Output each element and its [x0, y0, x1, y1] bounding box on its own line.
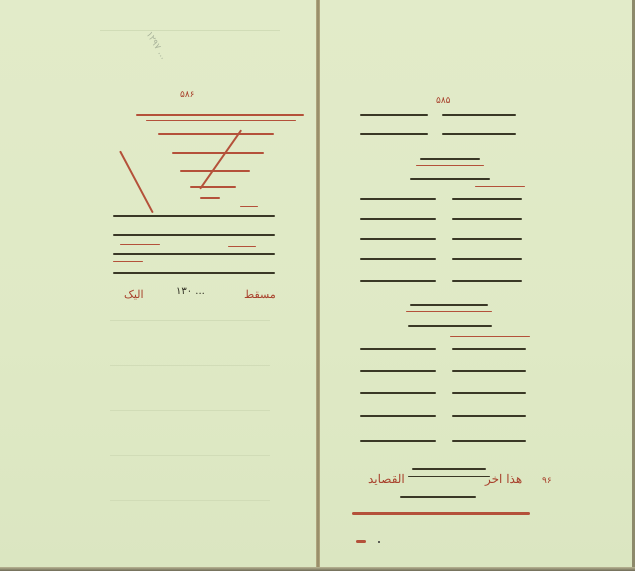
ruling-line: [110, 410, 270, 411]
colophon-line-6: [200, 197, 220, 199]
closing-black: [400, 496, 476, 498]
manuscript-spread: ۱۲۹۷ ... ۵۸۶ مسقط ... ۱۳۰ الیک: [0, 0, 635, 571]
colophon-line-1b: [146, 120, 296, 121]
ruling-line: [110, 365, 270, 366]
verse-right: [452, 258, 522, 260]
colophon-line-2: [158, 133, 274, 135]
verse-right: [452, 440, 526, 442]
verse-right: [452, 348, 526, 350]
note-overline: [113, 261, 143, 262]
side-note-left: [119, 151, 154, 214]
note-overline: [240, 206, 258, 207]
closing-line: [412, 468, 486, 470]
note-overline: [228, 246, 256, 247]
verse-left: [360, 133, 428, 135]
folio-number: ۵۸۵: [436, 96, 451, 106]
verse-right: [452, 392, 526, 394]
verse-left: [360, 370, 436, 372]
verse-left: [360, 440, 436, 442]
verse-overline: [450, 336, 530, 337]
red-signoff: [356, 540, 366, 543]
verse-left: [360, 198, 436, 200]
note-line-4: [113, 272, 275, 274]
red-title-right: هذا اخر: [485, 472, 522, 486]
side-note-right: [199, 129, 242, 189]
side-number: ۹۶: [542, 476, 552, 486]
left-page: ۱۲۹۷ ... ۵۸۶ مسقط ... ۱۳۰ الیک: [0, 0, 318, 567]
verse-left: [360, 415, 436, 417]
folio-number: ۵۸۶: [180, 90, 195, 100]
footer-left-word: مسقط: [244, 288, 276, 301]
verse-right: [442, 114, 516, 116]
verse-left: [360, 392, 436, 394]
full-stop: [378, 541, 380, 543]
note-line-1: [113, 215, 275, 217]
heading-2: [410, 304, 488, 306]
subheading-1: [410, 178, 490, 180]
colophon-line-5: [190, 186, 236, 188]
colophon-line-4: [180, 170, 250, 172]
verse-left: [360, 348, 436, 350]
verse-left: [360, 218, 436, 220]
red-final-line: [352, 512, 530, 515]
pencil-note: ۱۲۹۷ ...: [144, 30, 169, 61]
footer-right-word: الیک: [124, 288, 144, 301]
verse-right: [452, 280, 522, 282]
verse-left: [360, 280, 436, 282]
verse-left: [360, 238, 436, 240]
verse-right: [442, 133, 516, 135]
heading-2-underline: [406, 311, 492, 312]
colophon-line-3: [172, 152, 264, 154]
ruling-line: [110, 455, 270, 456]
footer-date: ... ۱۳۰: [176, 286, 205, 297]
red-title-left: القصاید: [368, 472, 405, 486]
heading-1-underline: [416, 165, 484, 166]
verse-right: [452, 415, 526, 417]
heading-1: [420, 158, 480, 160]
note-line-2: [113, 234, 275, 236]
subheading-2: [408, 325, 492, 327]
page-edge-bottom: [0, 567, 635, 571]
verse-left: [360, 258, 436, 260]
verse-right: [452, 198, 522, 200]
closing-underline: [408, 476, 490, 477]
colophon-line-1: [136, 114, 304, 116]
verse-right: [452, 238, 522, 240]
verse-left: [360, 114, 428, 116]
right-page: ۵۸۵: [320, 0, 633, 567]
note-overline: [120, 244, 160, 245]
verse-right: [452, 218, 522, 220]
ruling-line: [110, 500, 270, 501]
ruling-line: [110, 320, 270, 321]
note-line-3: [113, 253, 275, 255]
ruling-line: [100, 30, 280, 31]
verse-overline: [475, 186, 525, 187]
verse-right: [452, 370, 526, 372]
